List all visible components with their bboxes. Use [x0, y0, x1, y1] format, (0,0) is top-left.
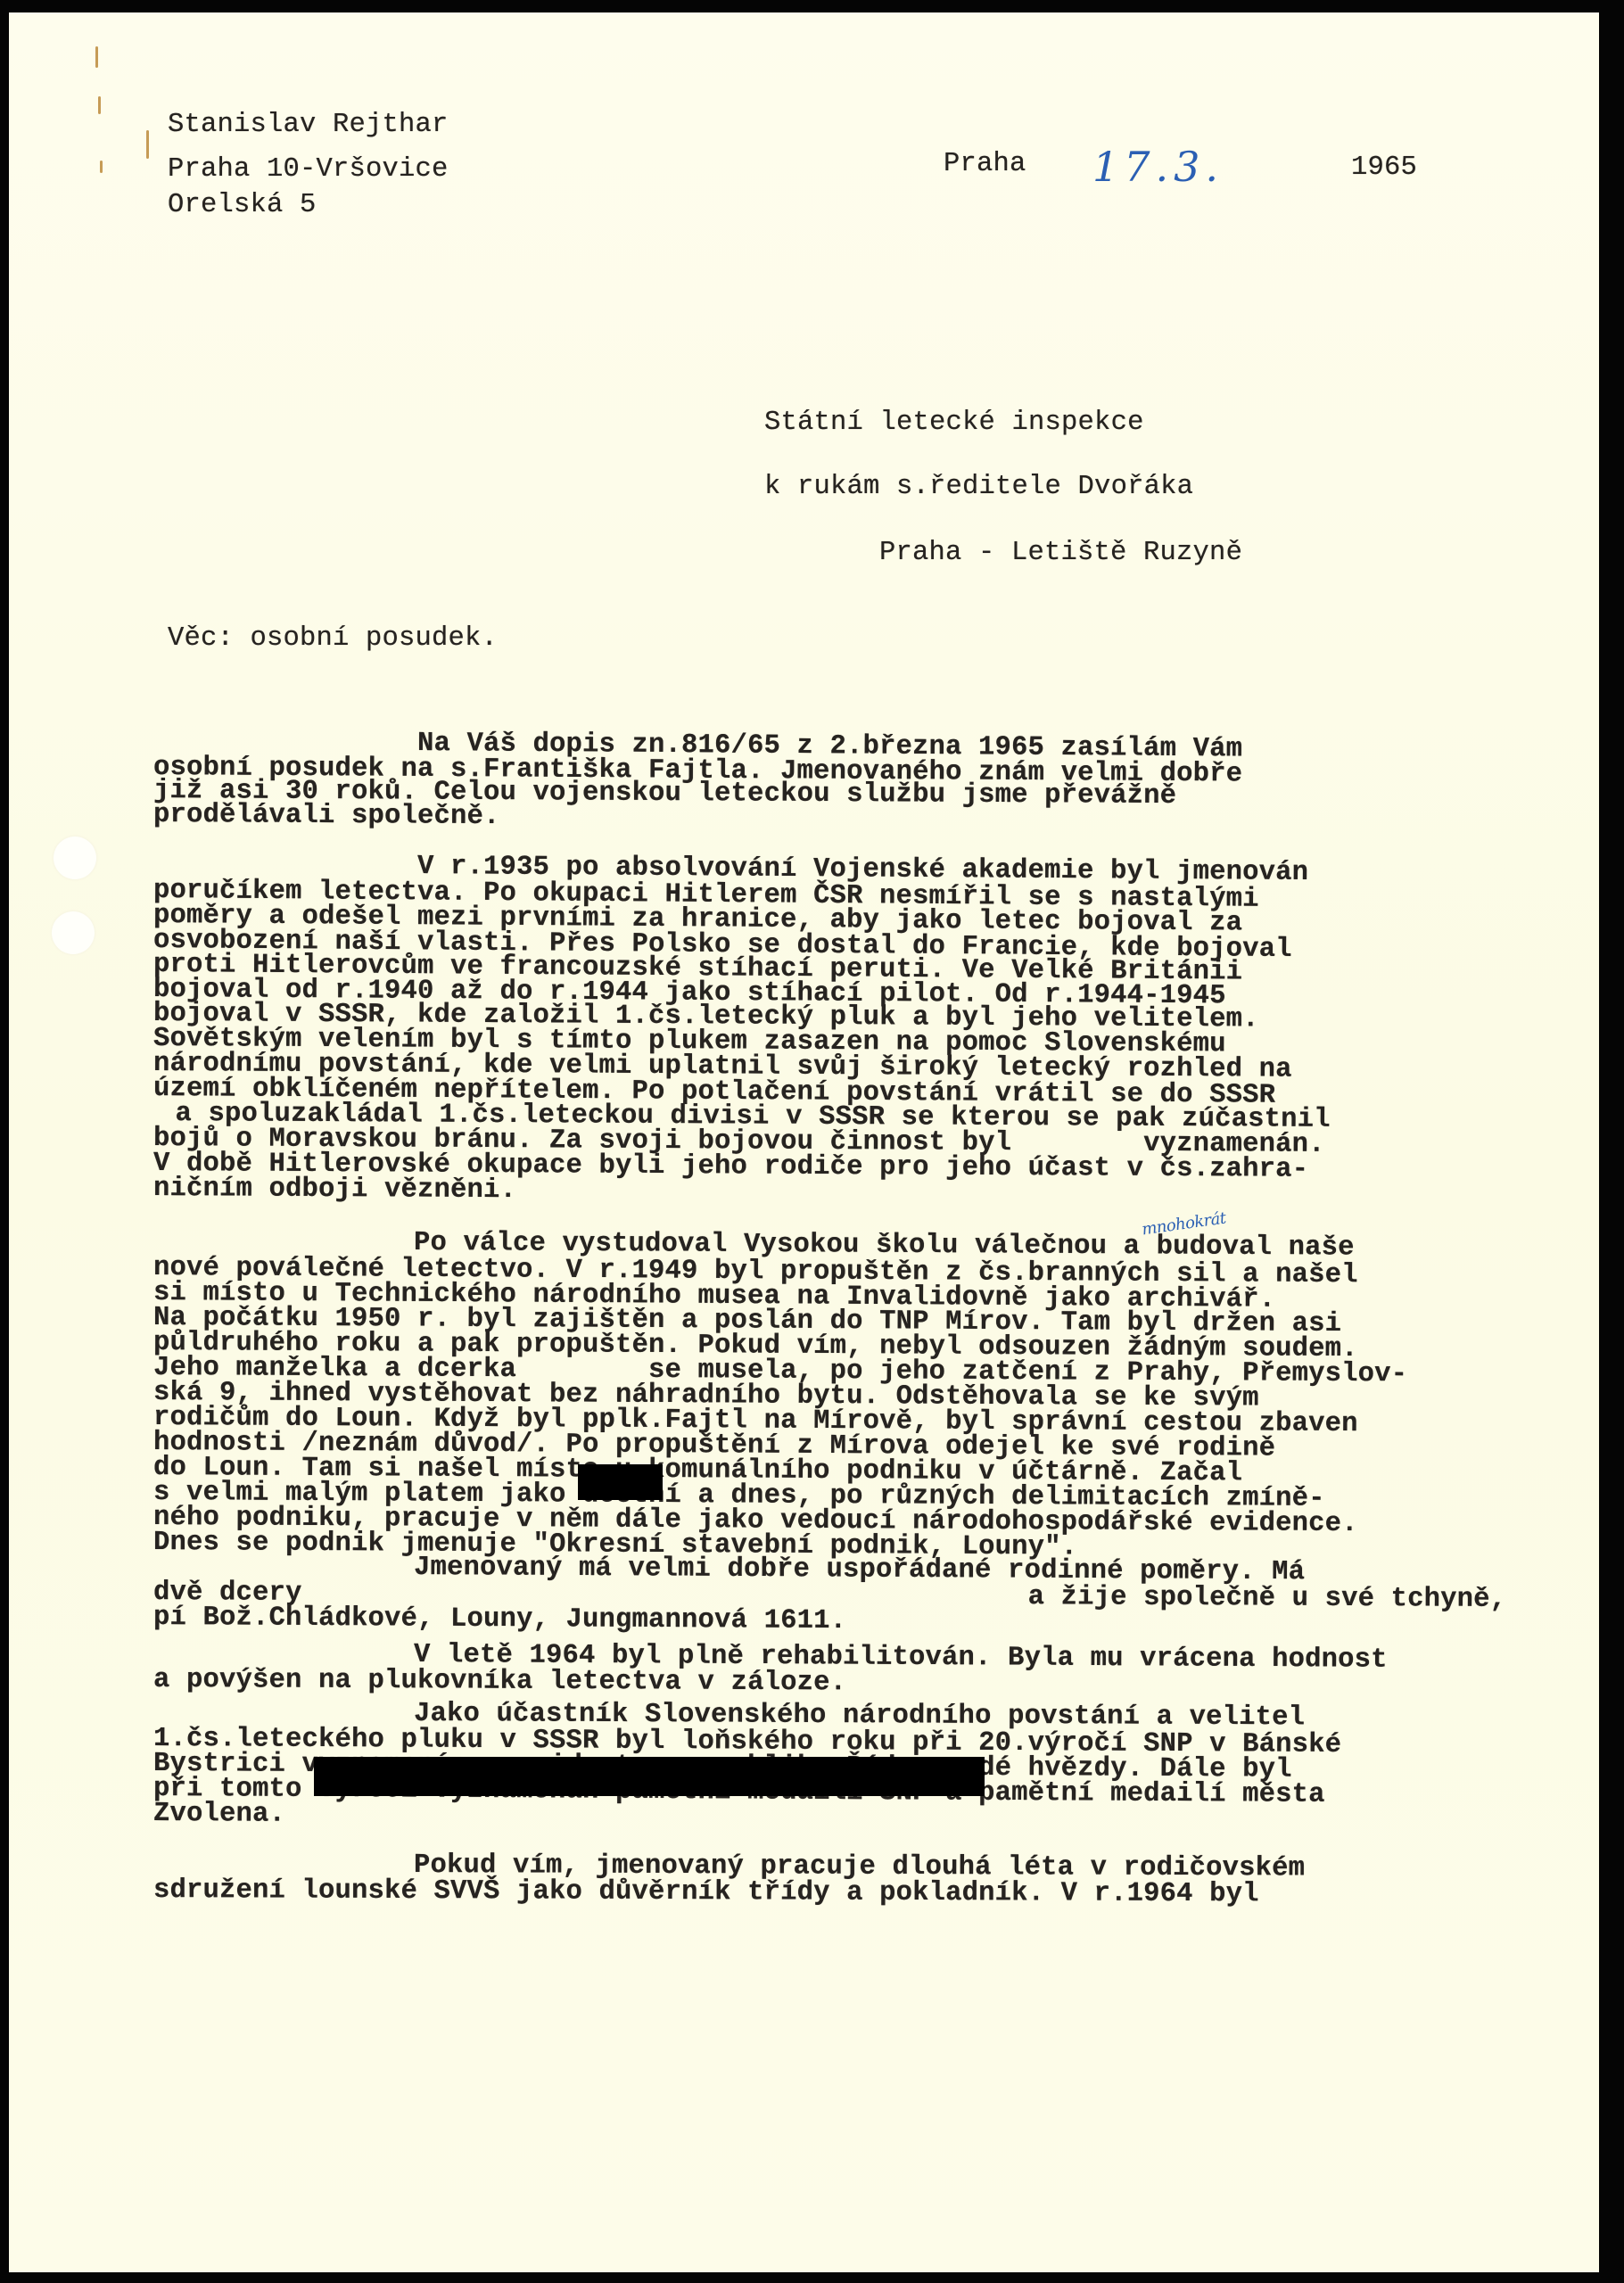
dateline-year: 1965 [1351, 153, 1417, 182]
sender-name: Stanislav Rejthar [168, 111, 449, 139]
recipient-line2: k rukám s.ředitele Dvořáka [764, 473, 1193, 501]
stain-mark [100, 161, 103, 173]
stain-mark [95, 46, 98, 68]
body-line: pí Bož.Chládkové, Louny, Jungmannová 161… [153, 1603, 846, 1636]
recipient-line1: Státní letecké inspekce [764, 408, 1144, 437]
body-line: prodělávali společně. [153, 801, 500, 831]
stain-mark [98, 96, 101, 114]
sender-address-line1: Praha 10-Vršovice [168, 155, 449, 184]
sender-address-line2: Orelská 5 [168, 191, 317, 219]
body-line: Zvolena. [153, 1800, 285, 1829]
punch-hole [52, 911, 95, 954]
punch-hole [54, 837, 96, 879]
recipient-line3: Praha - Letiště Ruzyně [879, 539, 1242, 567]
body-line: sdružení lounské SVVŠ jako důvěrník tříd… [153, 1876, 1259, 1908]
subject-line: Věc: osobní posudek. [168, 624, 498, 653]
redacted-names-daughters [314, 1757, 985, 1796]
handwritten-date: 17.3. [1092, 143, 1224, 191]
body-line: a povýšen na plukovníka letectva v záloz… [153, 1666, 846, 1697]
redacted-name-daughter [578, 1464, 663, 1500]
body-line: ničním odboji vězněni. [153, 1174, 516, 1205]
dateline-place: Praha [944, 150, 1026, 178]
stain-mark [146, 130, 149, 159]
